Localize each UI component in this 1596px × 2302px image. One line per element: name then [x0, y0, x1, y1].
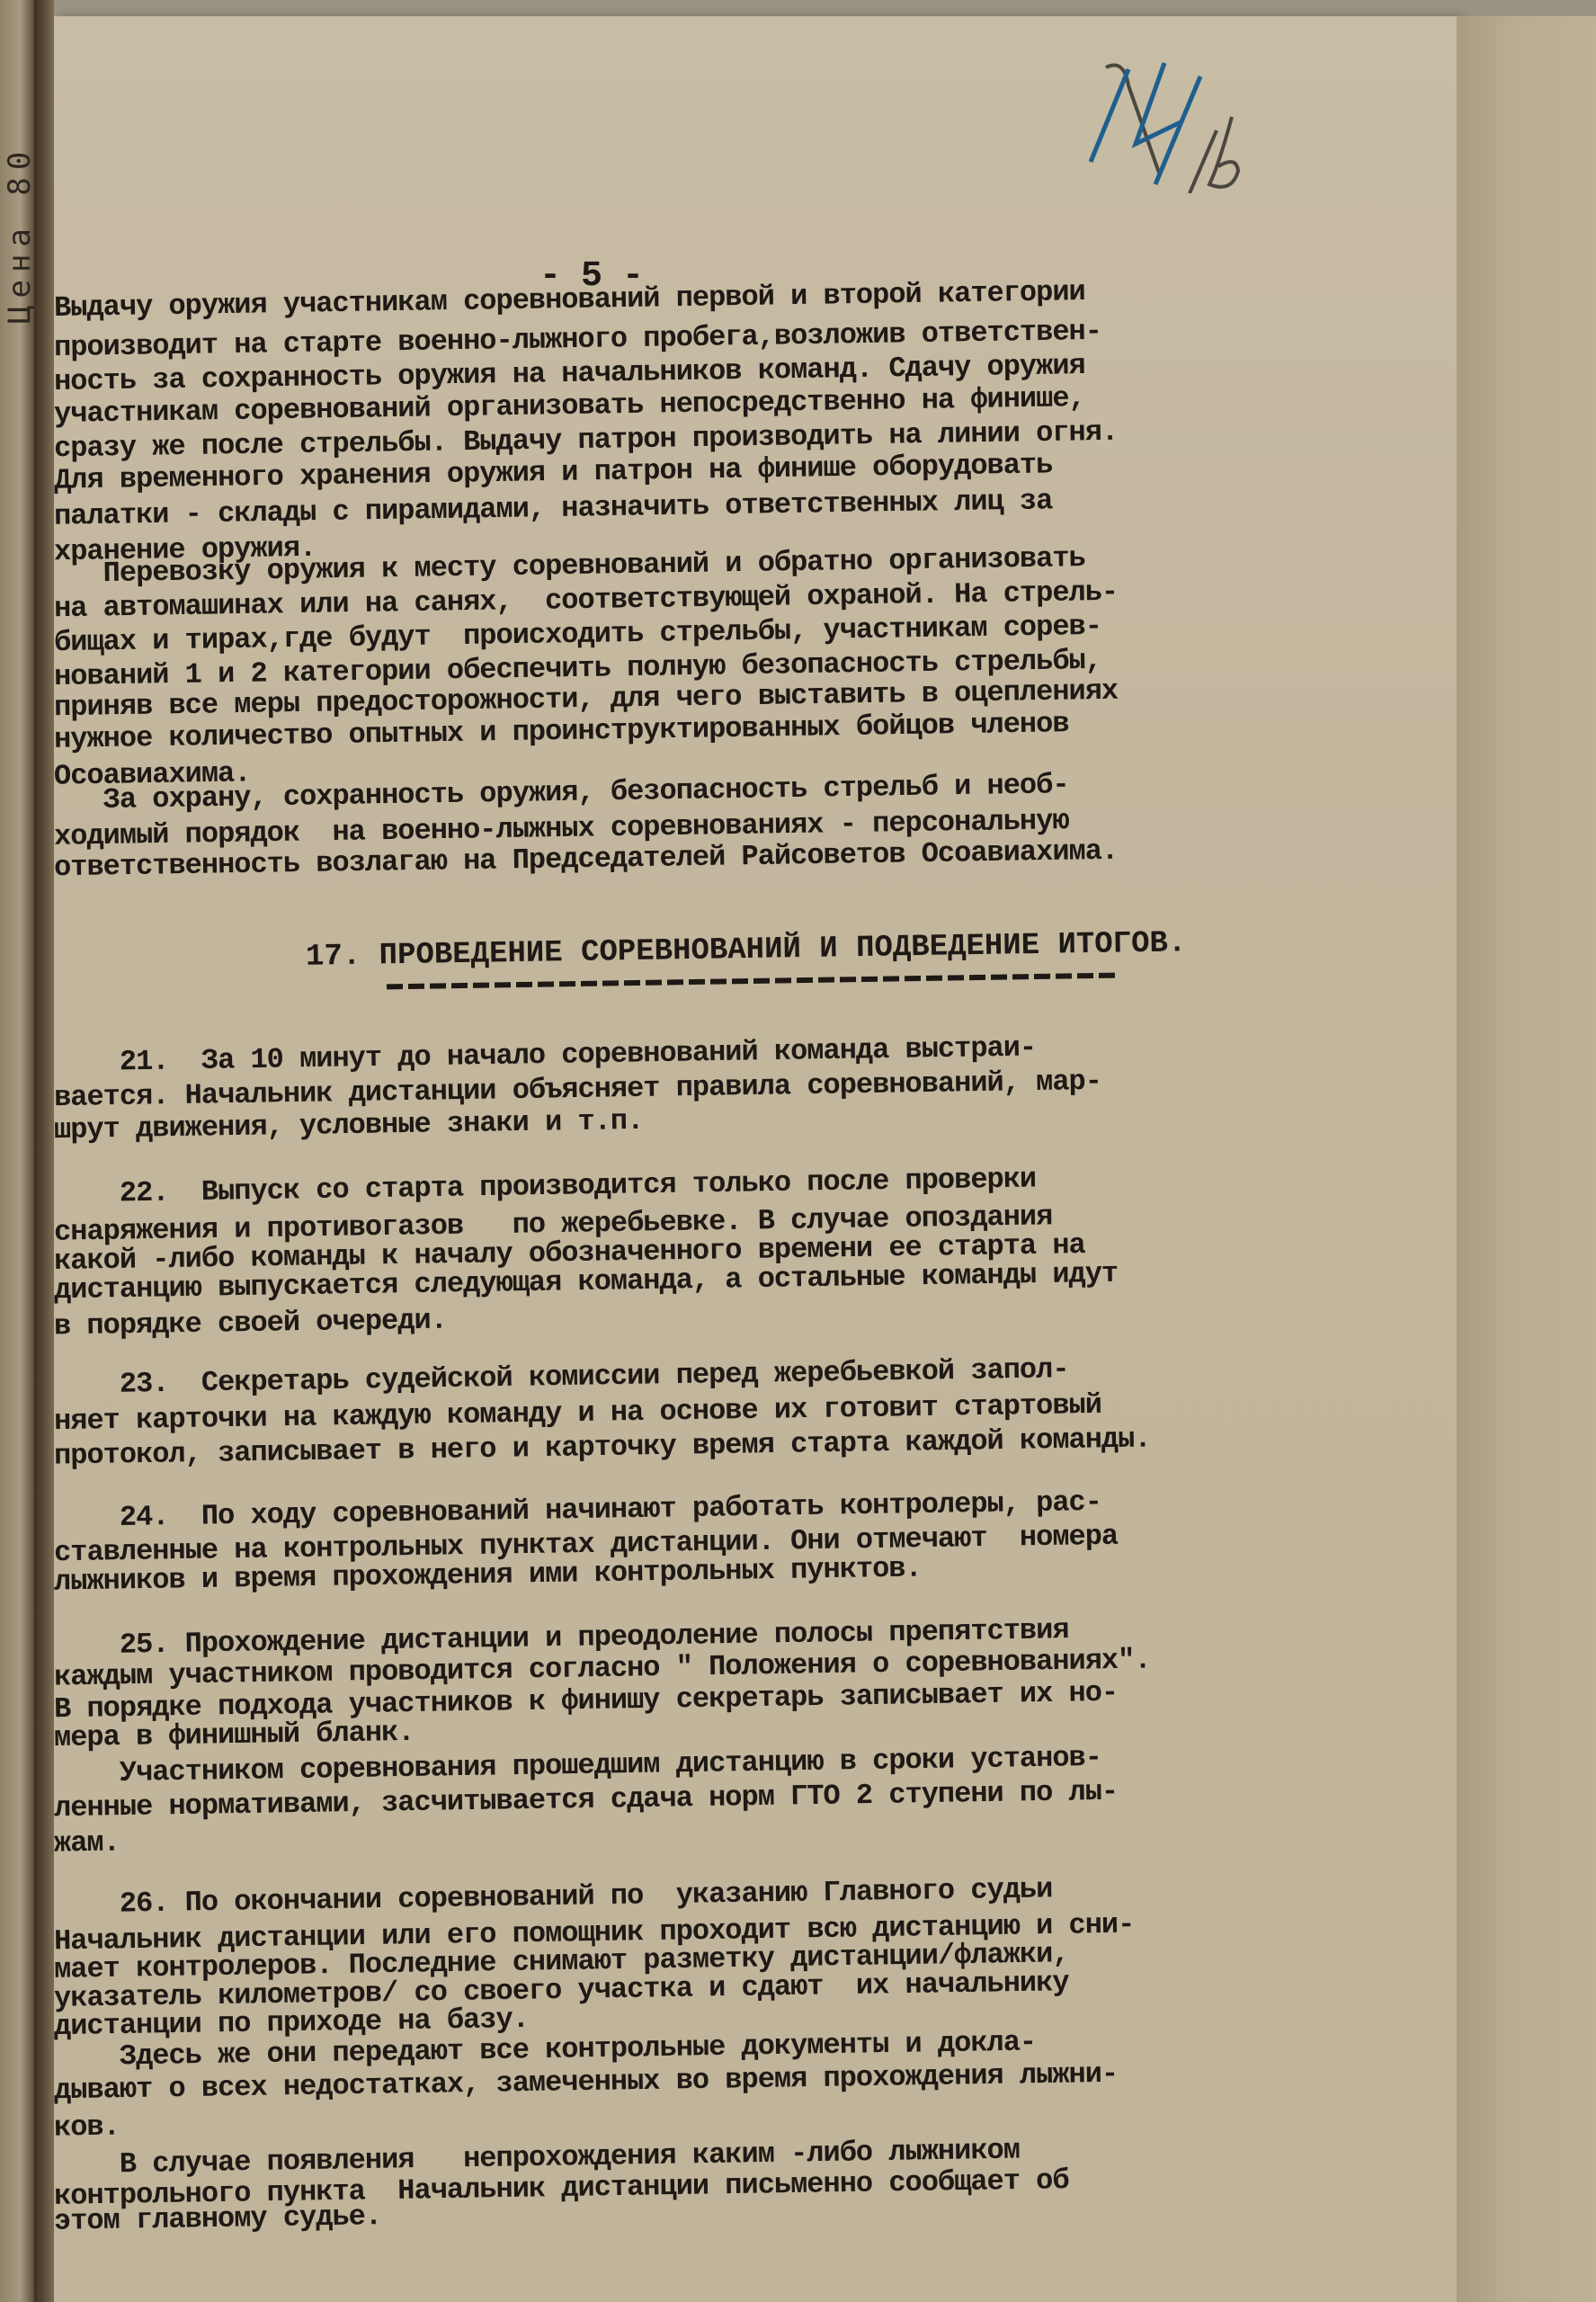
paragraph-22: 22. Выпуск со старта производится только…	[54, 299, 1457, 532]
text-line: жам.	[54, 1828, 120, 1858]
adjacent-page-spine: Цена 80 коп.	[0, 0, 34, 2302]
paragraph-24: 24. По ходу соревнований начинают работа…	[54, 832, 1457, 998]
text-line: в порядке своей очереди.	[54, 1307, 447, 1342]
spine-price-label: Цена 80 коп.	[2, 90, 32, 324]
paragraph-23: 23. Секретарь судейской комиссии перед ж…	[54, 599, 1457, 765]
underlying-sheet-edge	[1457, 16, 1596, 2302]
paragraph-21: 21. За 10 минут до начало соревнований к…	[54, 67, 1457, 233]
typed-paragraphs: 21. За 10 минут до начало соревнований к…	[54, 0, 1457, 1896]
binding-gutter	[34, 0, 54, 2302]
text-line: этом главному судье.	[54, 2202, 382, 2236]
text-line: ков.	[54, 2112, 120, 2142]
text-line: мера в финишный бланк.	[54, 1718, 415, 1753]
